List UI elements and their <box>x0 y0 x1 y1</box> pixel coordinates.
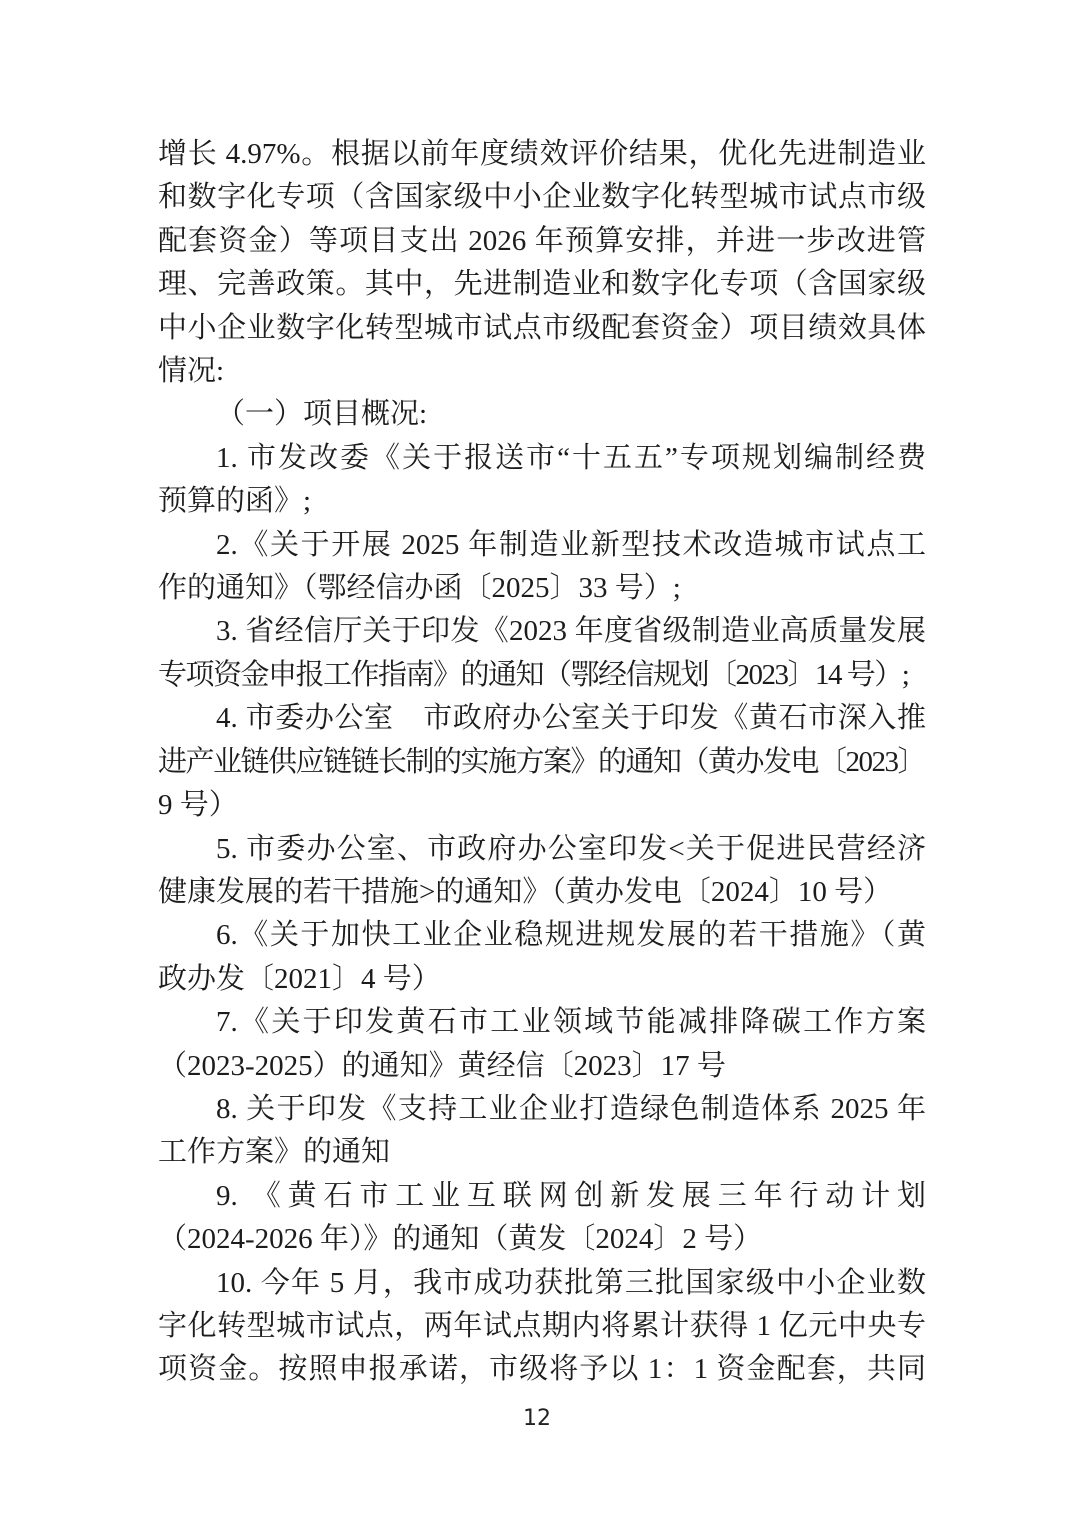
text-line: 预算的函》; <box>158 480 926 523</box>
text-line: 中小企业数字化转型城市试点市级配套资金）项目绩效具体 <box>158 307 926 350</box>
text-line: 字化转型城市试点，两年试点期内将累计获得 1 亿元中央专 <box>158 1305 926 1348</box>
text-line: 5. 市委办公室、市政府办公室印发<关于促进民营经济 <box>158 828 926 871</box>
text-line: 情况: <box>158 350 926 393</box>
text-line: 2.《关于开展 2025 年制造业新型技术改造城市试点工 <box>158 524 926 567</box>
text-line: 和数字化专项（含国家级中小企业数字化转型城市试点市级 <box>158 176 926 219</box>
text-line: （2023-2025）的通知》黄经信〔2023〕17 号 <box>158 1045 926 1088</box>
text-line: 3. 省经信厅关于印发《2023 年度省级制造业高质量发展 <box>158 610 926 653</box>
text-line: 8. 关于印发《支持工业企业打造绿色制造体系 2025 年 <box>158 1088 926 1131</box>
text-line: （一）项目概况: <box>158 393 926 436</box>
text-line: 4. 市委办公室 市政府办公室关于印发《黄石市深入推 <box>158 697 926 740</box>
text-line: 7.《关于印发黄石市工业领域节能减排降碳工作方案 <box>158 1001 926 1044</box>
text-line: 增长 4.97%。根据以前年度绩效评价结果，优化先进制造业 <box>158 133 926 176</box>
text-line: 项资金。按照申报承诺，市级将予以 1：1 资金配套，共同 <box>158 1348 926 1391</box>
text-line: 政办发〔2021〕4 号） <box>158 958 926 1001</box>
text-line: 10. 今年 5 月，我市成功获批第三批国家级中小企业数 <box>158 1262 926 1305</box>
text-line: 9 号） <box>158 784 926 827</box>
text-line: 理、完善政策。其中，先进制造业和数字化专项（含国家级 <box>158 263 926 306</box>
text-line: 健康发展的若干措施>的通知》（黄办发电〔2024〕10 号） <box>158 871 926 914</box>
text-line: 6.《关于加快工业企业稳规进规发展的若干措施》（黄 <box>158 914 926 957</box>
text-line: 工作方案》的通知 <box>158 1131 926 1174</box>
text-line: （2024-2026 年）》的通知（黄发〔2024〕2 号） <box>158 1218 926 1261</box>
text-line: 9. 《黄石市工业互联网创新发展三年行动计划 <box>158 1175 926 1218</box>
document-body-text: 增长 4.97%。根据以前年度绩效评价结果，优化先进制造业和数字化专项（含国家级… <box>158 133 926 1392</box>
text-line: 配套资金）等项目支出 2026 年预算安排，并进一步改进管 <box>158 220 926 263</box>
document-page: 增长 4.97%。根据以前年度绩效评价结果，优化先进制造业和数字化专项（含国家级… <box>0 0 1074 1520</box>
text-line: 专项资金申报工作指南》的通知（鄂经信规划〔2023〕14 号）; <box>158 654 926 697</box>
page-number: 12 <box>0 1406 1074 1431</box>
text-line: 作的通知》（鄂经信办函〔2025〕33 号）; <box>158 567 926 610</box>
text-line: 1. 市发改委《关于报送市“十五五”专项规划编制经费 <box>158 437 926 480</box>
text-line: 进产业链供应链链长制的实施方案》的通知（黄办发电〔2023〕 <box>158 741 926 784</box>
